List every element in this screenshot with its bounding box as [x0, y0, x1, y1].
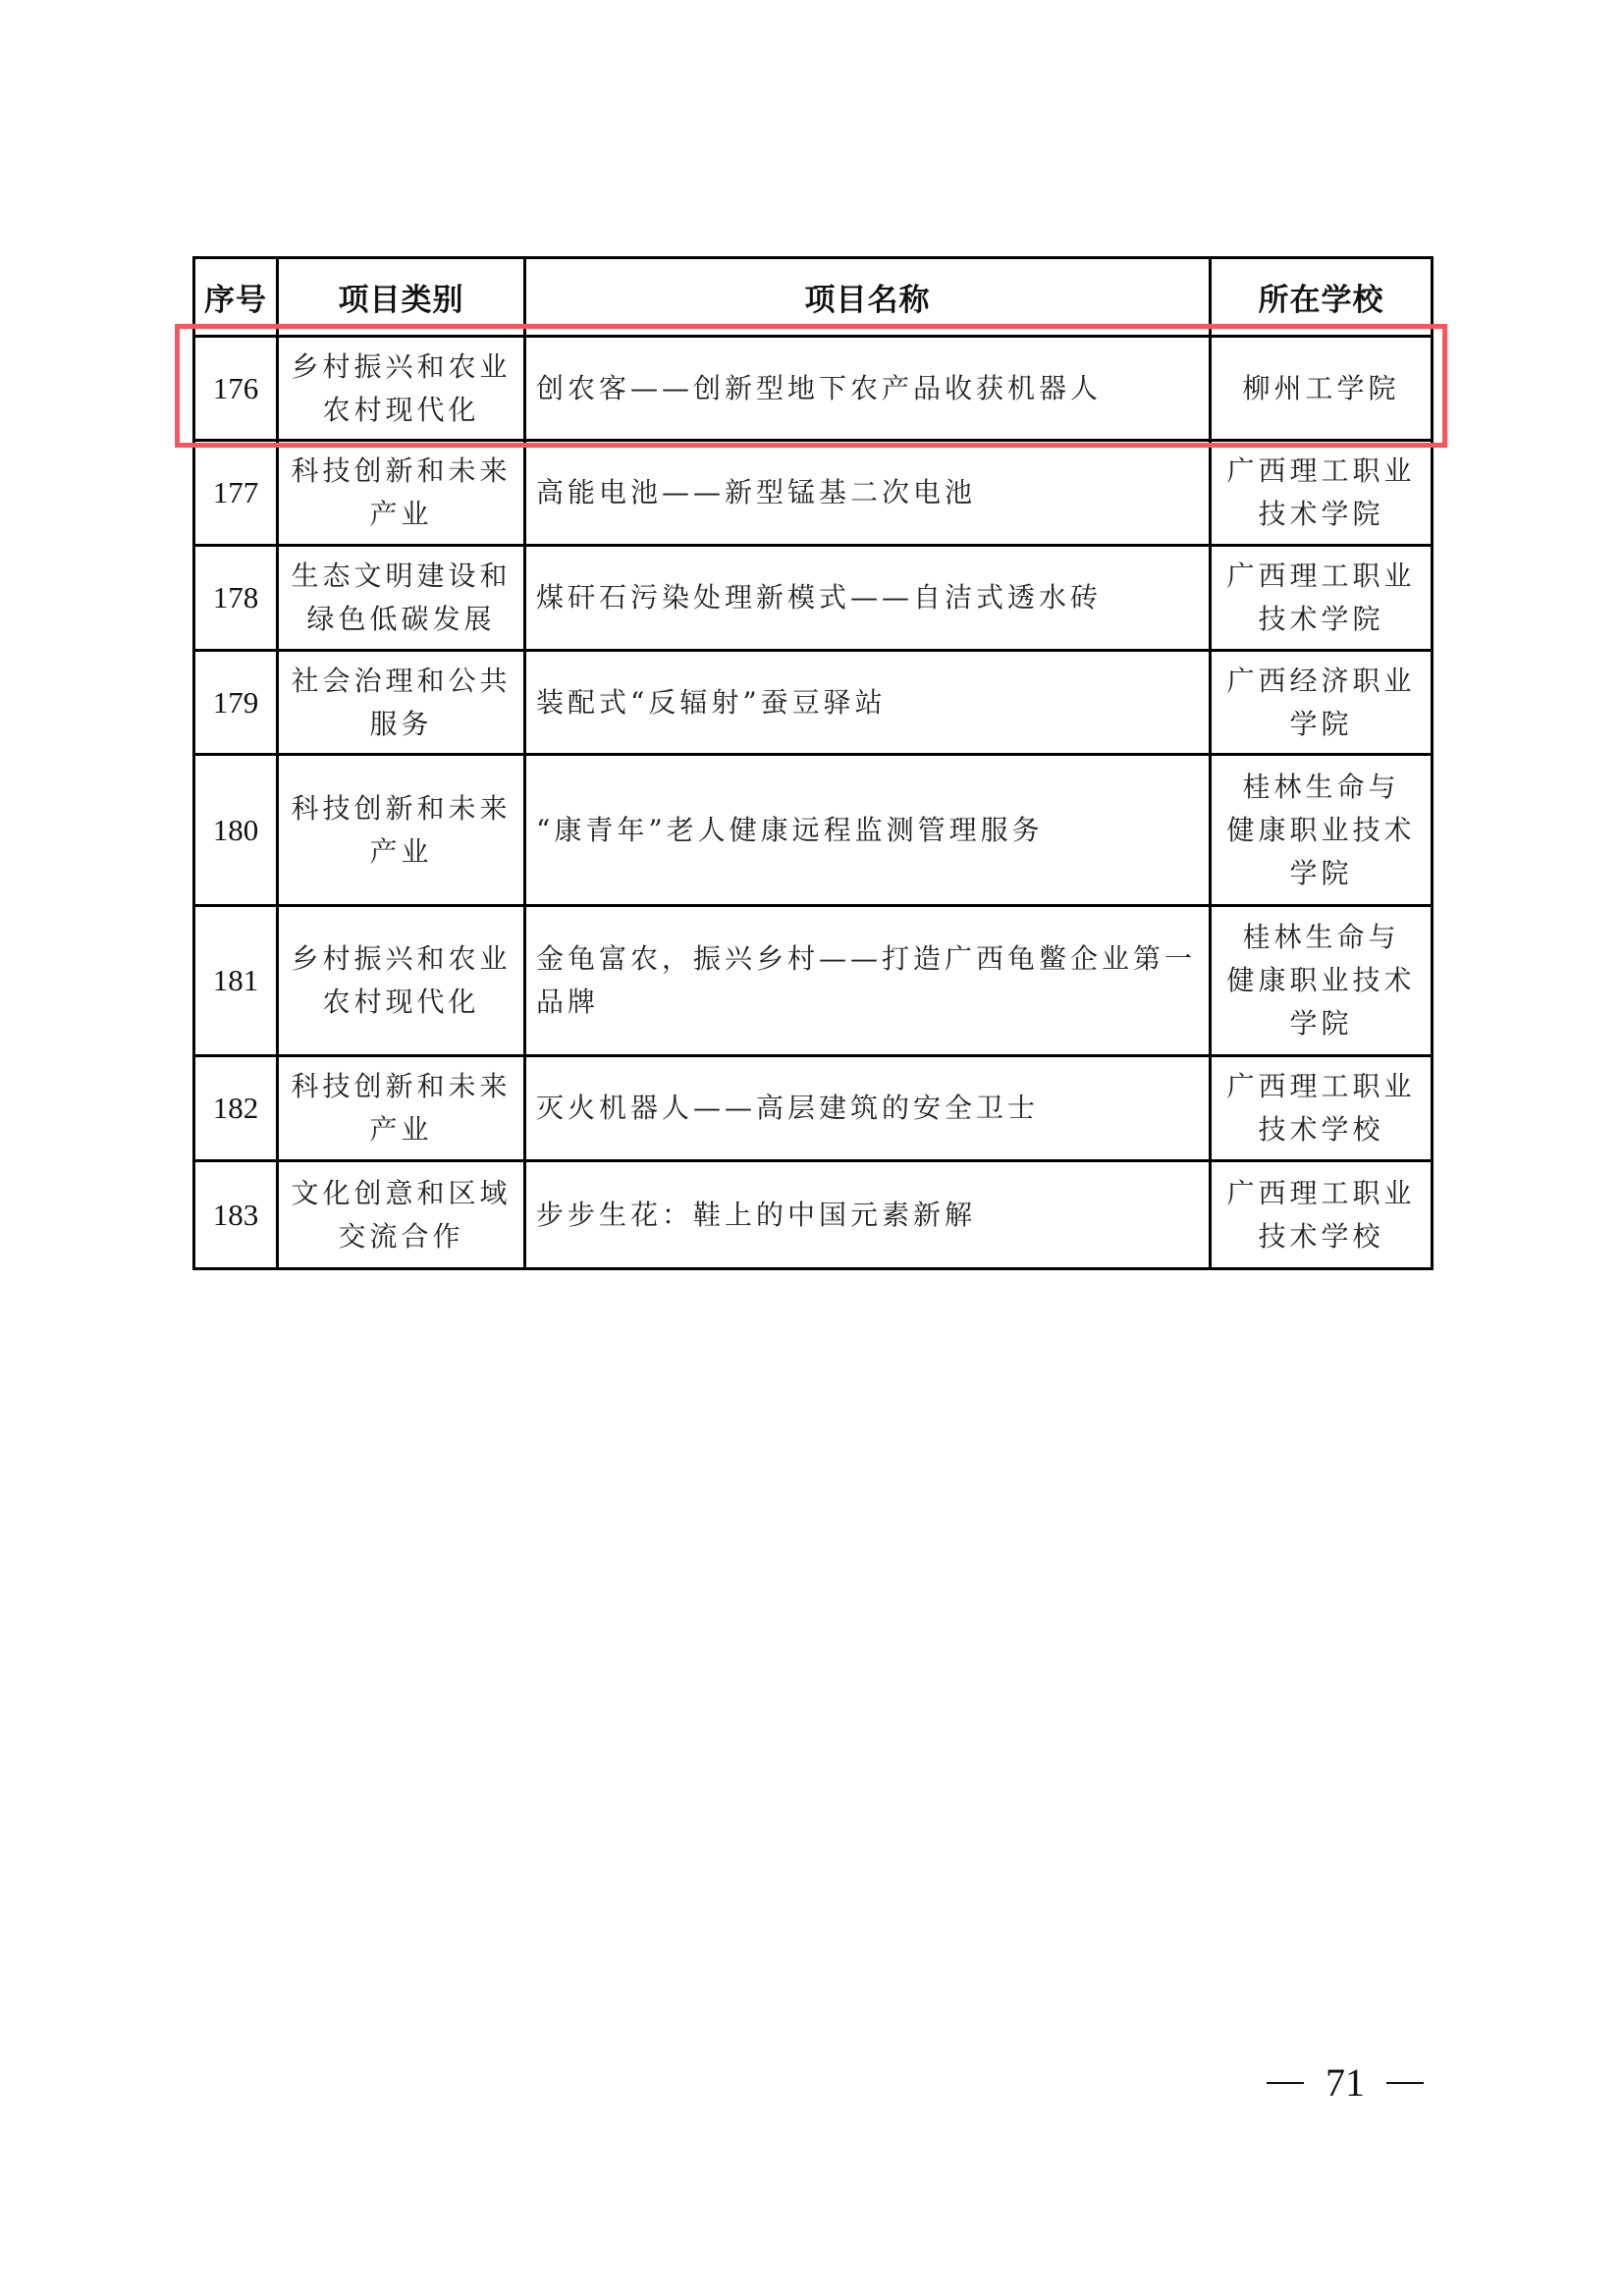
cell-category: 文化创意和区域 交流合作	[278, 1161, 525, 1269]
page-footer: 71	[1267, 2059, 1424, 2106]
page-number: 71	[1325, 2059, 1365, 2106]
cell-seq: 180	[194, 755, 278, 906]
table-row: 180 科技创新和未来 产业 “康青年”老人健康远程监测管理服务 桂林生命与 健…	[194, 755, 1433, 906]
cell-category: 科技创新和未来 产业	[278, 755, 525, 906]
cell-seq: 176	[194, 337, 278, 441]
cell-school: 广西理工职业 技术学院	[1211, 546, 1433, 651]
cell-category: 乡村振兴和农业 农村现代化	[278, 906, 525, 1056]
table-row: 177 科技创新和未来 产业 高能电池——新型锰基二次电池 广西理工职业 技术学…	[194, 441, 1433, 546]
table-row: 183 文化创意和区域 交流合作 步步生花：鞋上的中国元素新解 广西理工职业 技…	[194, 1161, 1433, 1269]
cell-school: 广西理工职业 技术学校	[1211, 1056, 1433, 1161]
cell-project-name: 装配式“反辐射”蚕豆驿站	[525, 651, 1211, 755]
header-category: 项目类别	[278, 258, 525, 337]
cell-category: 社会治理和公共 服务	[278, 651, 525, 755]
cell-seq: 179	[194, 651, 278, 755]
cell-seq: 181	[194, 906, 278, 1056]
table-row: 182 科技创新和未来 产业 灭火机器人——高层建筑的安全卫士 广西理工职业 技…	[194, 1056, 1433, 1161]
cell-category: 生态文明建设和 绿色低碳发展	[278, 546, 525, 651]
cell-school: 广西理工职业 技术学校	[1211, 1161, 1433, 1269]
cell-seq: 177	[194, 441, 278, 546]
cell-project-name: 高能电池——新型锰基二次电池	[525, 441, 1211, 546]
cell-school: 桂林生命与 健康职业技术 学院	[1211, 906, 1433, 1056]
cell-project-name: 灭火机器人——高层建筑的安全卫士	[525, 1056, 1211, 1161]
dash-right	[1386, 2082, 1424, 2084]
cell-category: 科技创新和未来 产业	[278, 1056, 525, 1161]
cell-school: 桂林生命与 健康职业技术 学院	[1211, 755, 1433, 906]
cell-seq: 183	[194, 1161, 278, 1269]
project-table: 序号 项目类别 项目名称 所在学校 176 乡村振兴和农业 农村现代化 创农客—…	[192, 256, 1434, 1270]
dash-left	[1267, 2082, 1304, 2084]
cell-project-name: “康青年”老人健康远程监测管理服务	[525, 755, 1211, 906]
cell-seq: 182	[194, 1056, 278, 1161]
header-name: 项目名称	[525, 258, 1211, 337]
cell-seq: 178	[194, 546, 278, 651]
cell-project-name: 煤矸石污染处理新模式——自洁式透水砖	[525, 546, 1211, 651]
table-header-row: 序号 项目类别 项目名称 所在学校	[194, 258, 1433, 337]
table-row: 178 生态文明建设和 绿色低碳发展 煤矸石污染处理新模式——自洁式透水砖 广西…	[194, 546, 1433, 651]
table-row: 176 乡村振兴和农业 农村现代化 创农客——创新型地下农产品收获机器人 柳州工…	[194, 337, 1433, 441]
cell-school: 广西经济职业 学院	[1211, 651, 1433, 755]
table-row: 181 乡村振兴和农业 农村现代化 金龟富农，振兴乡村——打造广西龟鳖企业第一 …	[194, 906, 1433, 1056]
cell-category: 科技创新和未来 产业	[278, 441, 525, 546]
table-row: 179 社会治理和公共 服务 装配式“反辐射”蚕豆驿站 广西经济职业 学院	[194, 651, 1433, 755]
cell-category: 乡村振兴和农业 农村现代化	[278, 337, 525, 441]
cell-project-name: 金龟富农，振兴乡村——打造广西龟鳖企业第一 品牌	[525, 906, 1211, 1056]
header-seq: 序号	[194, 258, 278, 337]
header-school: 所在学校	[1211, 258, 1433, 337]
cell-project-name: 创农客——创新型地下农产品收获机器人	[525, 337, 1211, 441]
cell-school: 广西理工职业 技术学院	[1211, 441, 1433, 546]
cell-school: 柳州工学院	[1211, 337, 1433, 441]
cell-project-name: 步步生花：鞋上的中国元素新解	[525, 1161, 1211, 1269]
